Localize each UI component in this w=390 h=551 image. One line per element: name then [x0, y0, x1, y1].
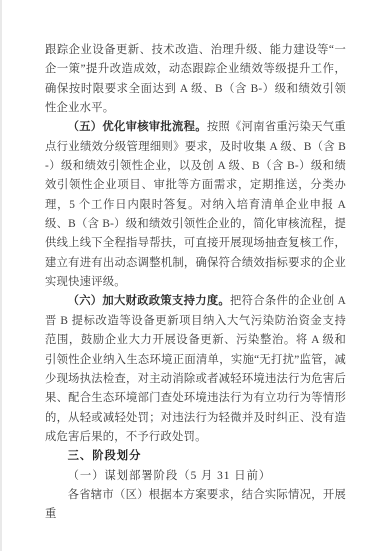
paragraph-continuation-text: 跟踪企业设备更新、技术改造、治理升级、能力建设等“一企一策”提升改造成效，动态跟…	[45, 44, 346, 114]
page-left-edge-shadow	[0, 0, 2, 551]
paragraph-section-6-lead: （六）加大财政政策支持力度。	[68, 295, 230, 307]
paragraph-section-5-lead: （五）优化审核审批流程。	[68, 121, 207, 133]
paragraph-section-6-text: 把符合条件的企业创 A 晋 B 提标改造等设备更新项目纳入大气污染防治资金支持范…	[45, 295, 346, 442]
document-text-block: 跟踪企业设备更新、技术改造、治理升级、能力建设等“一企一策”提升改造成效，动态跟…	[45, 41, 346, 525]
paragraph-section-5-text: 按照《河南省重污染天气重点行业绩效分级管理细则》要求，及时收集 A 级、B（含 …	[45, 121, 346, 288]
document-page: 跟踪企业设备更新、技术改造、治理升级、能力建设等“一企一策”提升改造成效，动态跟…	[0, 0, 390, 551]
paragraph-section-6: （六）加大财政政策支持力度。把符合条件的企业创 A 晋 B 提标改造等设备更新项…	[45, 292, 346, 447]
subheading-planning-stage: （一）谋划部署阶段（5 月 31 日前）	[45, 467, 346, 486]
heading-stage-division: 三、阶段划分	[45, 447, 346, 466]
paragraph-section-5: （五）优化审核审批流程。按照《河南省重污染天气重点行业绩效分级管理细则》要求，及…	[45, 118, 346, 292]
paragraph-final-body: 各省辖市（区）根据本方案要求，结合实际情况，开展重	[45, 486, 346, 525]
paragraph-continuation: 跟踪企业设备更新、技术改造、治理升级、能力建设等“一企一策”提升改造成效，动态跟…	[45, 41, 346, 118]
